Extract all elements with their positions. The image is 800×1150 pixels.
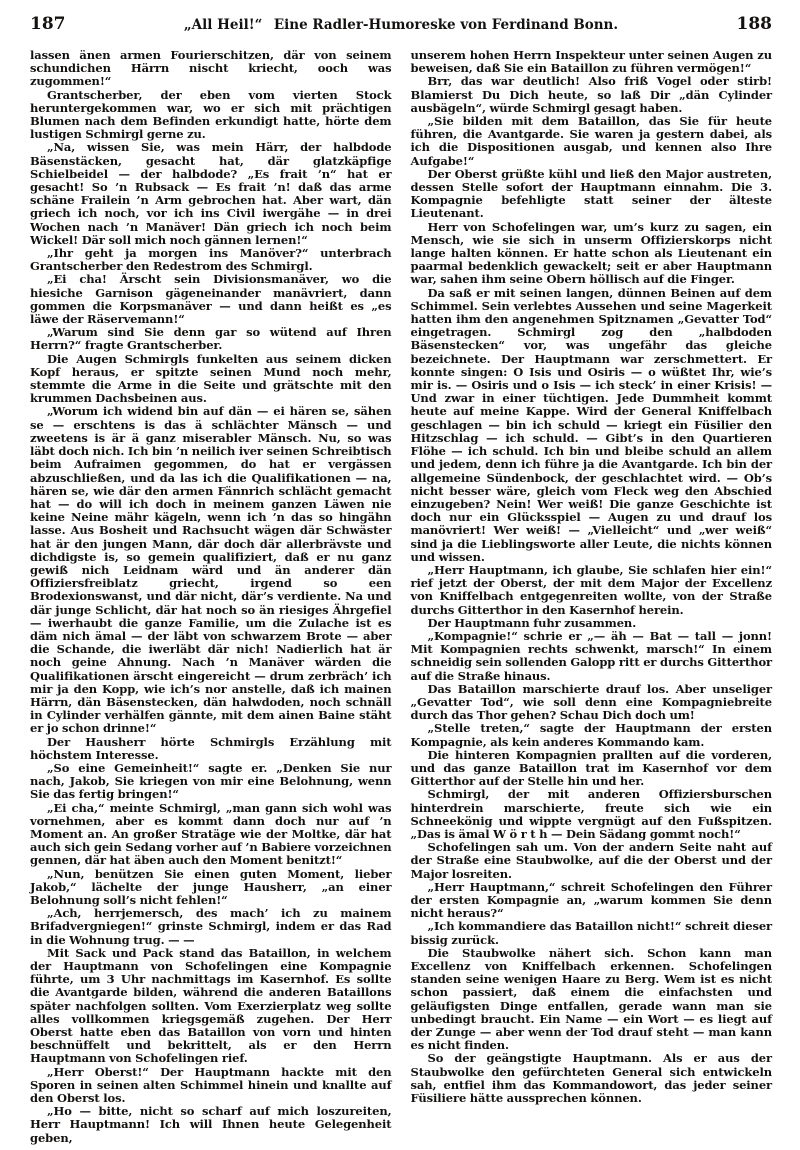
- paragraph: „Stelle treten,“ sagte der Hauptmann der…: [411, 722, 773, 748]
- text-column-right: unserem hohen Herrn Inspekteur unter sei…: [411, 49, 773, 1145]
- paragraph: Schmirgl, der mit anderen Offiziersbursc…: [411, 788, 773, 841]
- paragraph: So der geängstigte Hauptmann. Als er aus…: [411, 1052, 773, 1105]
- paragraph: „So eine Gemeinheit!“ sagte er. „Denken …: [30, 762, 392, 802]
- page-number-left: 187: [30, 14, 78, 34]
- paragraph: Mit Sack und Pack stand das Bataillon, i…: [30, 947, 392, 1066]
- paragraph: unserem hohen Herrn Inspekteur unter sei…: [411, 49, 773, 75]
- paragraph: „Nun, benützen Sie einen guten Moment, l…: [30, 868, 392, 908]
- paragraph: „Ach, herrjemersch, des mach’ ich zu mai…: [30, 907, 392, 947]
- book-page: 187 „All Heil!“ Eine Radler-Humoreske vo…: [0, 0, 800, 1150]
- paragraph: Die Augen Schmirgls funkelten aus seinem…: [30, 353, 392, 406]
- paragraph: „Na, wissen Sie, was mein Härr, der halb…: [30, 141, 392, 247]
- paragraph: „Ich kommandiere das Bataillon nicht!“ s…: [411, 920, 773, 946]
- paragraph: Da saß er mit seinen langen, dünnen Bein…: [411, 287, 773, 564]
- running-title: „All Heil!“ Eine Radler-Humoreske von Fe…: [78, 17, 724, 33]
- paragraph: Schofelingen sah um. Von der andern Seit…: [411, 841, 773, 881]
- paragraph: „Ihr geht ja morgen ins Manöver?“ unterb…: [30, 247, 392, 273]
- paragraph: Die Staubwolke nähert sich. Schon kann m…: [411, 947, 773, 1053]
- paragraph: „Ei cha,“ meinte Schmirgl, „man gann sic…: [30, 802, 392, 868]
- paragraph: Der Oberst grüßte kühl und ließ den Majo…: [411, 168, 773, 221]
- text-column-left: lassen änen armen Fourierschitzen, där v…: [30, 49, 392, 1145]
- paragraph: „Ho — bitte, nicht so scharf auf mich lo…: [30, 1105, 392, 1145]
- paragraph: Brr, das war deutlich! Also friß Vogel o…: [411, 75, 773, 115]
- paragraph: Der Hauptmann fuhr zusammen.: [411, 617, 773, 630]
- paragraph: „Herr Hauptmann, ich glaube, Sie schlafe…: [411, 564, 773, 617]
- paragraph: Das Bataillon marschierte drauf los. Abe…: [411, 683, 773, 723]
- page-number-right: 188: [724, 14, 772, 34]
- text-columns: lassen änen armen Fourierschitzen, där v…: [30, 49, 772, 1145]
- paragraph: „Herr Oberst!“ Der Hauptmann hackte mit …: [30, 1066, 392, 1106]
- paragraph: „Worum ich widend bin auf dän — ei hären…: [30, 405, 392, 735]
- paragraph: Herr von Schofelingen war, um’s kurz zu …: [411, 221, 773, 287]
- paragraph: lassen änen armen Fourierschitzen, där v…: [30, 49, 392, 89]
- paragraph: Grantscherber, der eben vom vierten Stoc…: [30, 89, 392, 142]
- paragraph: „Warum sind Sie denn gar so wütend auf I…: [30, 326, 392, 352]
- page-header: 187 „All Heil!“ Eine Radler-Humoreske vo…: [30, 14, 772, 34]
- paragraph: „Sie bilden mit dem Bataillon, das Sie f…: [411, 115, 773, 168]
- paragraph: Die hinteren Kompagnien prallten auf die…: [411, 749, 773, 789]
- paragraph: „Ei cha! Ärscht sein Divisionsmanäver, w…: [30, 273, 392, 326]
- paragraph: Der Hausherr hörte Schmirgls Erzählung m…: [30, 736, 392, 762]
- paragraph: „Kompagnie!“ schrie er „— äh — Bat — tal…: [411, 630, 773, 683]
- paragraph: „Herr Hauptmann,“ schreit Schofelingen d…: [411, 881, 773, 921]
